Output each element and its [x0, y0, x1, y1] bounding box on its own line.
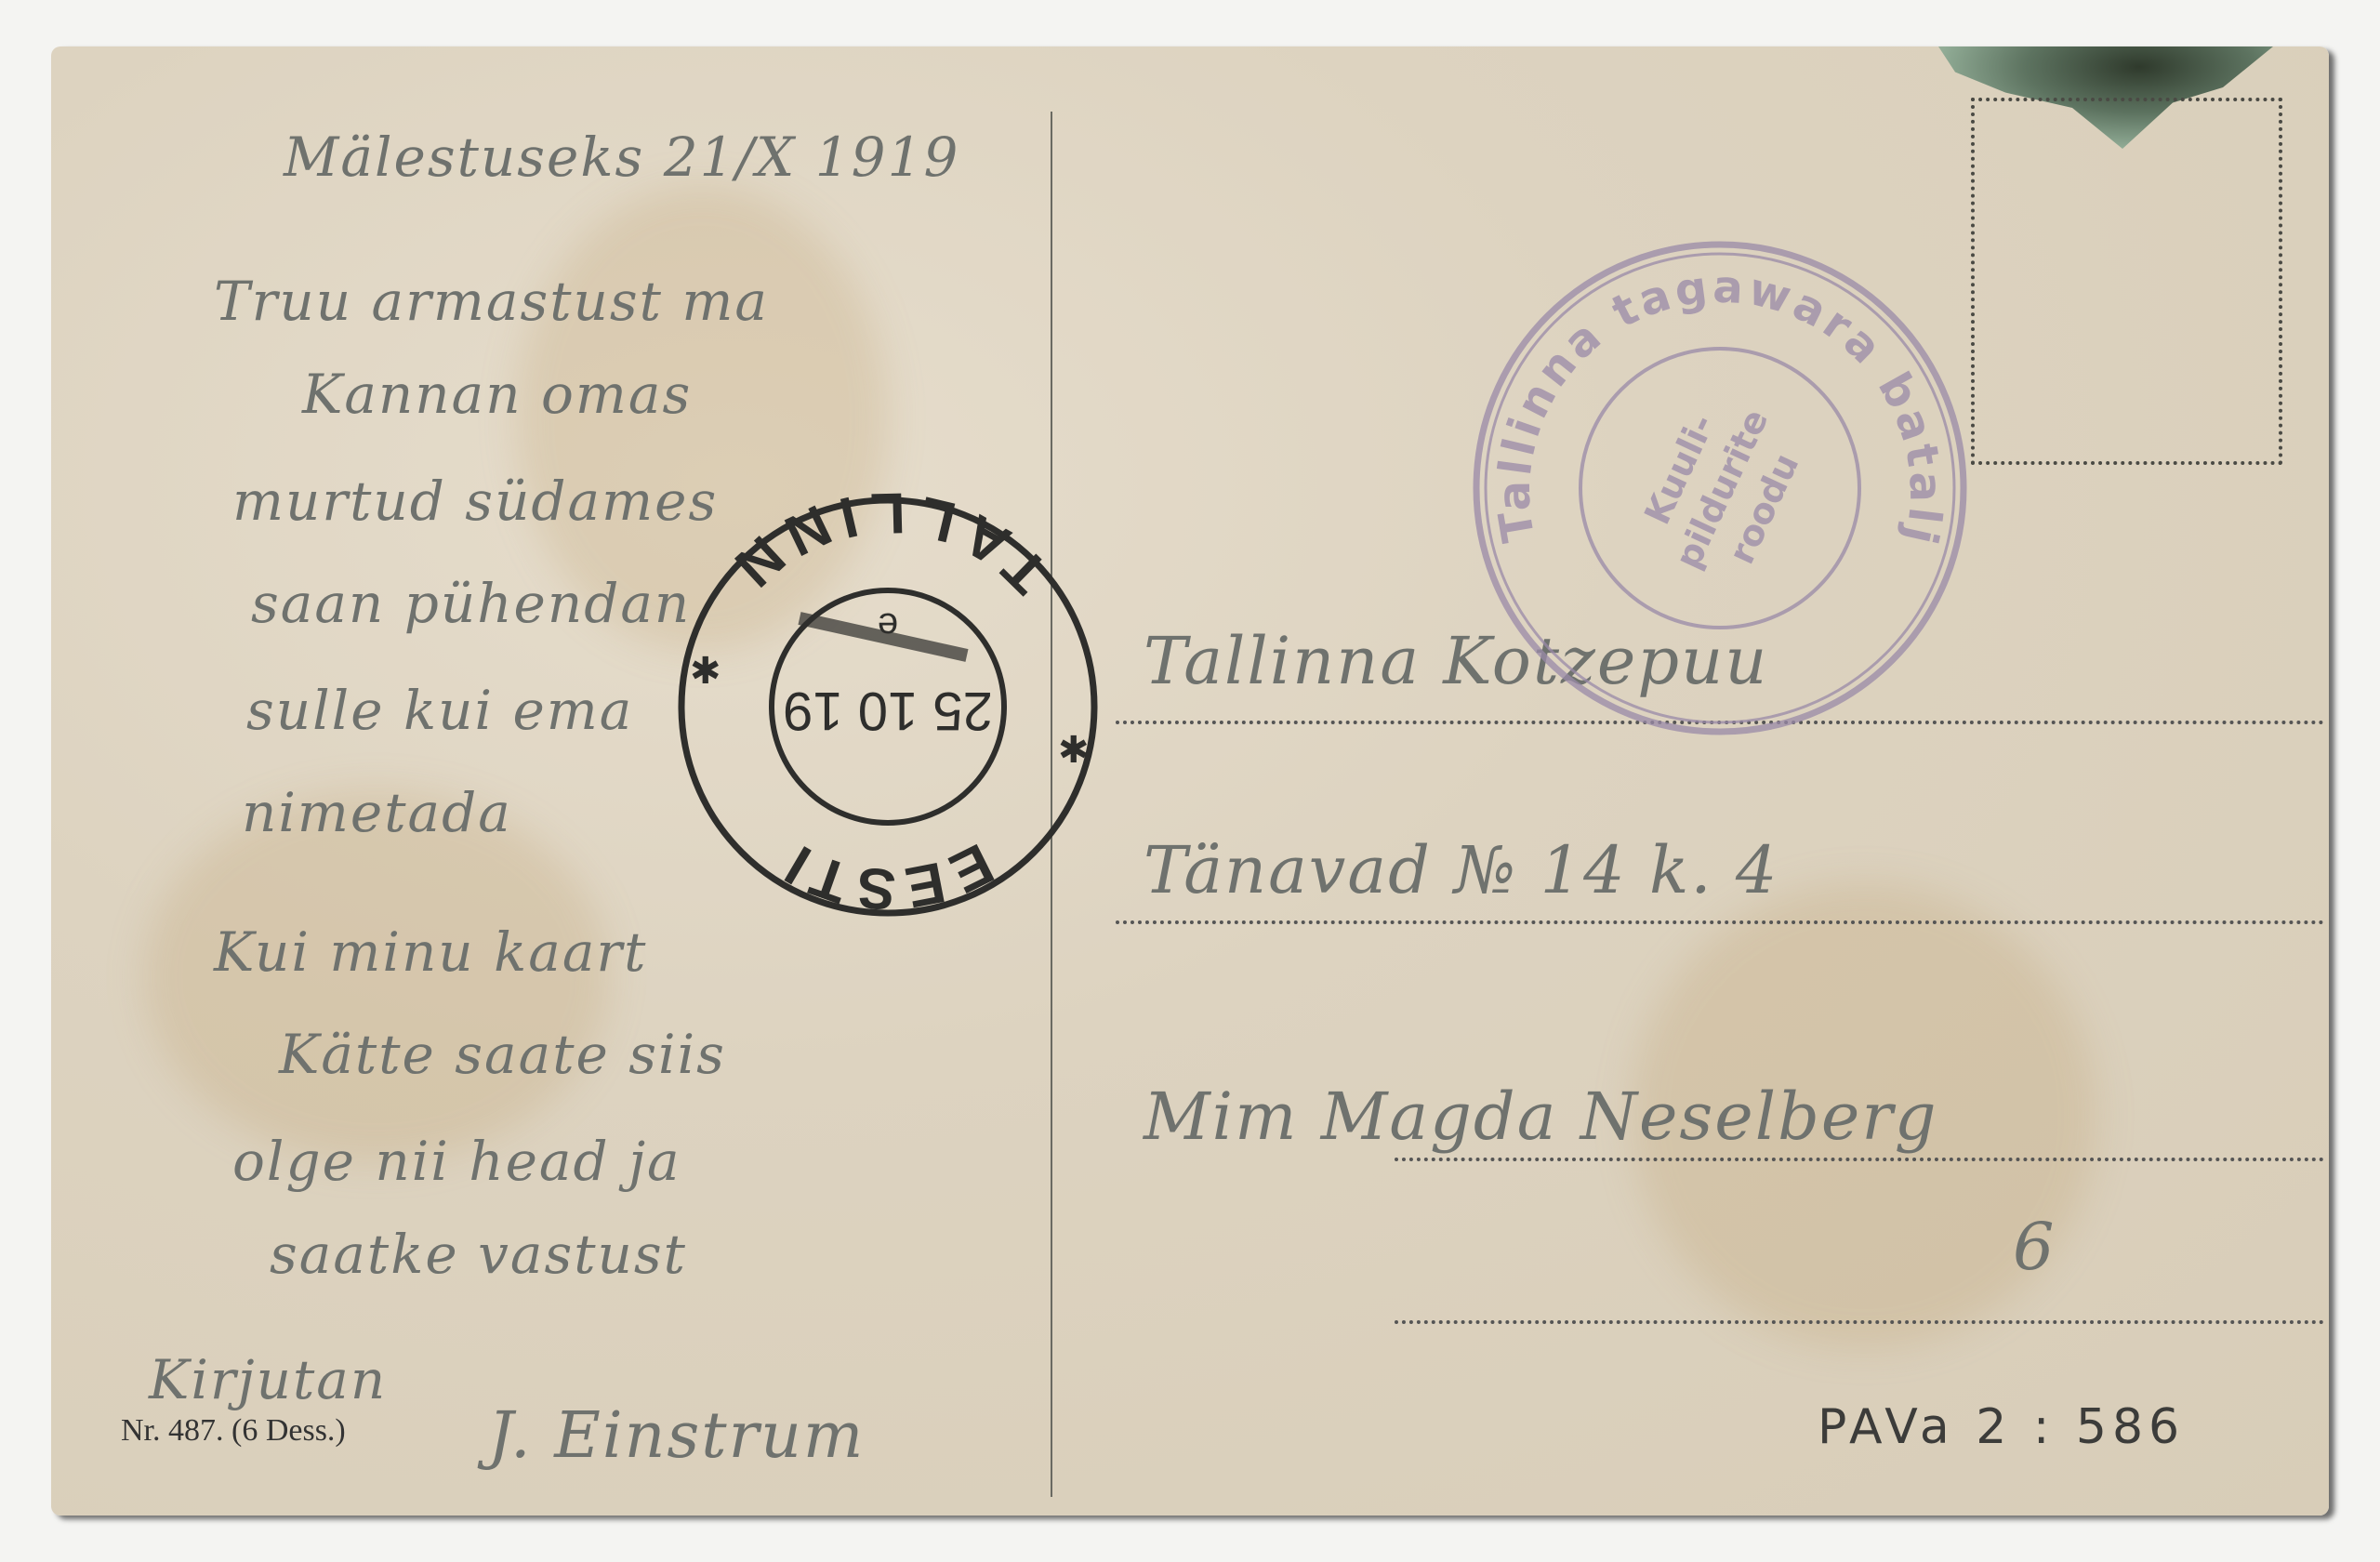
- postmark-top-text: EESTI: [770, 830, 1002, 921]
- printed-catalog-number: Nr. 487. (6 Dess.): [121, 1413, 346, 1449]
- signature: J. Einstrum: [488, 1399, 865, 1473]
- message-line: saatke vastust: [270, 1223, 687, 1286]
- message-line: saan pühendan: [251, 572, 691, 635]
- address-line-3: Mim Magda Neselberg: [1144, 1079, 1938, 1155]
- message-line: Truu armastust ma: [214, 270, 769, 333]
- address-line: [1395, 1158, 2324, 1161]
- message-line: murtud südames: [232, 470, 718, 533]
- svg-text:EESTI: EESTI: [770, 830, 1002, 921]
- message-line: olge nii head ja: [232, 1130, 681, 1193]
- tallinn-postmark: EESTI TALLINN 25 10 19 e ✱ ✱: [669, 488, 1106, 925]
- address-line: [1395, 1320, 2324, 1324]
- message-line: nimetada: [242, 781, 512, 844]
- postmark-star-icon: ✱: [1058, 729, 1090, 771]
- postmark-star-icon: ✱: [690, 650, 721, 692]
- postmark-date: 25 10 19: [783, 681, 993, 741]
- message-heading: Mälestuseks 21/X 1919: [284, 126, 959, 189]
- address-line: [1116, 920, 2324, 924]
- archive-number: PAVa 2 : 586: [1818, 1399, 2185, 1455]
- message-line: Kui minu kaart: [214, 920, 647, 984]
- signature-label: Kirjutan: [149, 1348, 387, 1411]
- postcard: Mälestuseks 21/X 1919 Truu armastust ma …: [51, 46, 2329, 1516]
- stamp-box: [1971, 98, 2282, 465]
- message-line: Kätte saate siis: [279, 1023, 726, 1086]
- unit-stamp: 1. Tallinna tagawara bataljon Kuuli- pil…: [1460, 228, 1980, 748]
- address-line-4: 6: [2013, 1209, 2056, 1285]
- address-line-2: Tänavad № 14 k. 4: [1144, 832, 1778, 908]
- message-line: Kannan omas: [302, 363, 692, 426]
- message-line: sulle kui ema: [246, 679, 633, 742]
